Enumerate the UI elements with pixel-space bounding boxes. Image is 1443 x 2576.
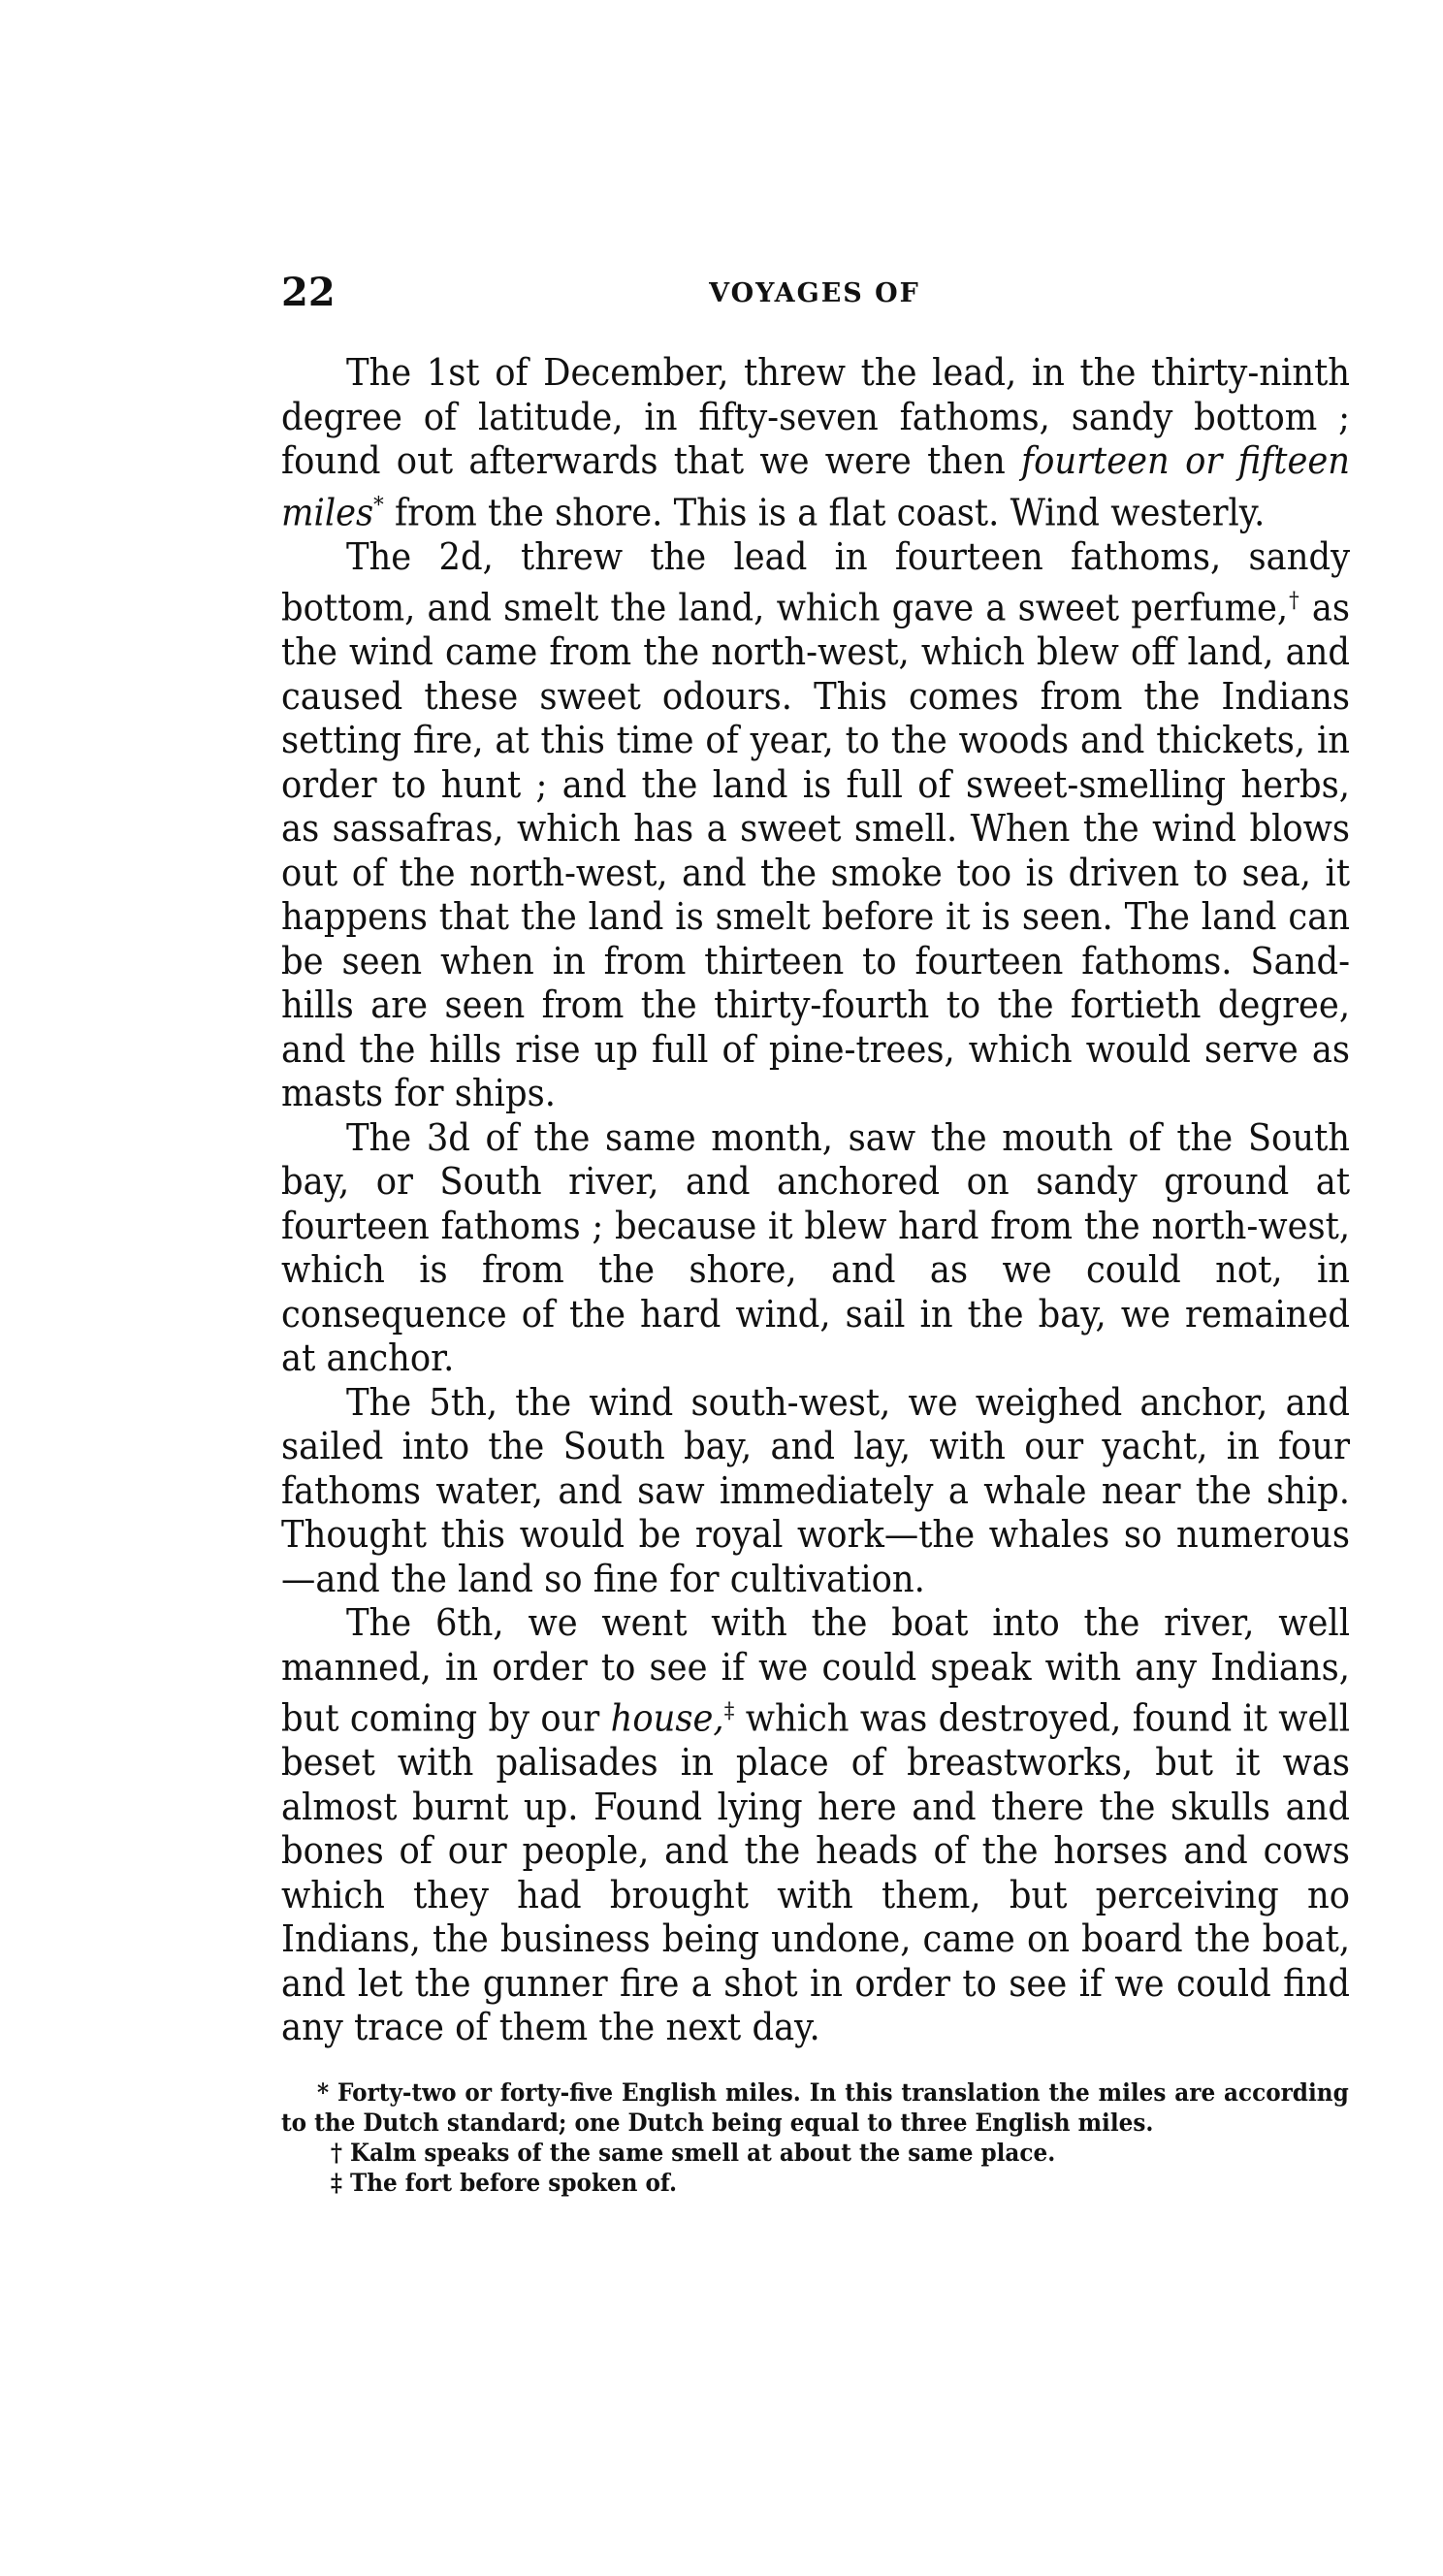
italic-text: house,	[611, 1697, 724, 1740]
footnote-text: Forty-two or forty-five English miles. I…	[281, 2078, 1349, 2137]
footnote-text: Kalm speaks of the same smell at about t…	[342, 2139, 1055, 2167]
paragraph: The 1st of December, threw the lead, in …	[281, 351, 1350, 535]
footnote-marker: ‡	[724, 1698, 735, 1723]
text-run: from the shore. This is a flat coast. Wi…	[384, 491, 1266, 533]
text-run: The 3d of the same month, saw the mouth …	[281, 1116, 1350, 1380]
text-run: The 5th, the wind south-west, we weighed…	[281, 1381, 1350, 1600]
text-run: which was destroyed, found it well beset…	[281, 1697, 1350, 2049]
text-run: The 2d, threw the lead in fourteen fatho…	[281, 535, 1350, 629]
body-text: The 1st of December, threw the lead, in …	[281, 351, 1350, 2050]
footnote-marker: †	[1288, 588, 1299, 613]
page-header: 22 VOYAGES OF	[281, 274, 1348, 312]
footnote: † Kalm speaks of the same smell at about…	[281, 2138, 1349, 2168]
footnote-mark: *	[317, 2078, 329, 2107]
footnote: ‡ The fort before spoken of.	[281, 2168, 1349, 2198]
footnote: * Forty-two or forty-five English miles.…	[281, 2077, 1349, 2138]
paragraph: The 2d, threw the lead in fourteen fatho…	[281, 535, 1350, 1116]
footnote-mark: †	[331, 2139, 342, 2167]
running-head: VOYAGES OF	[281, 279, 1348, 308]
footnote-mark: ‡	[331, 2169, 342, 2197]
paragraph: The 3d of the same month, saw the mouth …	[281, 1116, 1350, 1381]
footnote-marker: *	[373, 493, 384, 518]
paragraph: The 5th, the wind south-west, we weighed…	[281, 1381, 1350, 1602]
paragraph: The 6th, we went with the boat into the …	[281, 1601, 1350, 2050]
footnote-text: The fort before spoken of.	[342, 2169, 677, 2197]
footnotes: * Forty-two or forty-five English miles.…	[281, 2077, 1349, 2198]
text-run: as the wind came from the north-west, wh…	[281, 587, 1350, 1115]
